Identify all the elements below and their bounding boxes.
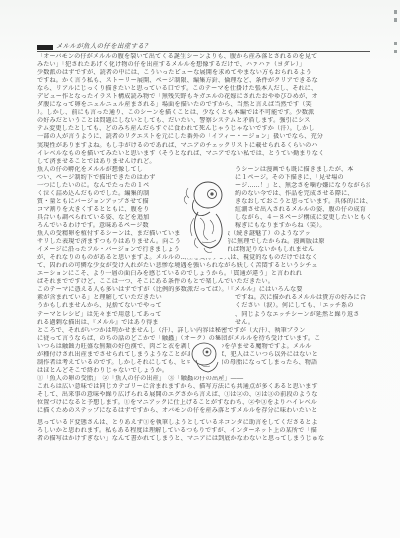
fetus-creature-illustration-large: [180, 178, 228, 258]
wrap-line: れる過剰な描出は、『メルル』ではあり得ません。: [37, 319, 370, 327]
wrap-line: テーマとレシピ」は先々まで用意してあって、同じようなエッチシーンが延然と繰り返さ: [37, 311, 370, 319]
wrap-left: 一つにしたいのに。なんでたったの１ペ: [37, 182, 165, 190]
wrap-left: つい、ページ制約下で描出できたのはわず: [37, 174, 165, 182]
text-line: デビュー作となったイラスト構成読み物で「無残矢野もキガエルの花嫁にされたおやゆび…: [37, 93, 370, 101]
wrap-left: コマ割りを大きくするとともに、腹をり: [37, 206, 165, 214]
text-line: なら、リアルにじっくり描きたいと思っている口です。このテーマを仕掛けた張本人だし…: [37, 85, 370, 93]
text-line: そして、出来事の意味や繰り広げられる展開のエグさから言えば、①は②の、②は③の前…: [37, 391, 370, 399]
wrap-right: せん。: [235, 319, 370, 327]
wrap-left: れる過剰な描出は、『メルル』ではあり得ま: [37, 319, 187, 327]
text-line: ）。しかし、前にも言った通り、このシーンを描くことは、少なくとも本編では不可能で…: [37, 109, 370, 117]
wrap-right: ージ……！」と、無念さを噛む嫌になりながら泣: [235, 182, 370, 190]
text-line: ろしいかと思われます。私もある程度は理解しているつもりですが、インターネット上の…: [37, 427, 370, 435]
text-line: 思っているド変態さんは、とりあえず①を執筆しようとしているネコンタに助言をしてく…: [37, 419, 370, 427]
wrap-line: 素が含まれている」と理解していただきたいですね。次に描かれるメルルは貴方の好みに…: [37, 294, 370, 302]
wrap-line: うかもしれませんから、見捨てないでやってください（涙）。何にしても、「エッチ系の: [37, 302, 370, 310]
wrap-left: 魚人の仔の孵化をメルルが想像してし: [37, 166, 165, 174]
section-heading: メルルが魚人の仔を出産する？: [37, 41, 370, 52]
page-edge-mark: [394, 18, 397, 22]
text-line: このテーマに憑える人も多いはずですが（比例的多数派だってば）。「『メルル』にはい…: [37, 286, 370, 294]
wrap-left: 質・量ともにバージョンアップさせて描: [37, 198, 165, 206]
text-line: みたい」「犯されたあげく化け物の仔を出産するメルルを想像するだけで、ハァハァ（ヨ…: [37, 61, 370, 69]
wrap-right: 、同じようなエッチシーンが延然と繰り返さ: [235, 311, 370, 319]
text-line: 実現性がありますよね。もし手がけるのであれば、マニアのチェックリストに載せられる…: [37, 142, 370, 150]
section-title: メルルが魚人の仔を出産する？: [56, 42, 151, 51]
wrap-right: ですね。次に描かれるメルルは貴方の好みに合: [235, 294, 370, 302]
text-line: イレベルなものを描いてみたいと思います（そうとなれば、マニアでない私では、とうて…: [37, 150, 370, 158]
fetus-creature-illustration-small: [190, 340, 222, 376]
wrap-line: 魚人の仔の孵化をメルルが想像してしうシーンは漫画でも既に描きましたが、本: [37, 166, 370, 174]
wrap-right: きなおしておこうと思っています。具体的には、: [235, 198, 370, 206]
wrap-left: 素が含まれている」と理解していただきたい: [37, 294, 187, 302]
scanned-page: メルルが魚人の仔を出産する？ 「オーバモンの仔がメルルの腹を裂いて出てくる誕生シ…: [0, 0, 400, 538]
wrap-left: ろんでいるわけです。意味あるページ数: [37, 222, 165, 230]
wrap-left: く泣く詰め込んだものでした。編集的制: [37, 190, 165, 198]
wrap-right: 約のない今では、作品を完成させる際に、: [235, 190, 370, 198]
text-line: ですね。かく言う私も、ストーリー展開、ページ制限、編集方針、倫理など、条件がクリ…: [37, 77, 370, 85]
wrap-right: 稼ぎにもなりますからね（笑）。: [235, 222, 370, 230]
page-edge-mark: [394, 10, 397, 14]
text-line: ダ腹になって卵をニュルニュル産まされる」場面を描いたのですから、当然と言えば当然…: [37, 101, 370, 109]
page-edge-mark: [394, 50, 397, 53]
wrap-right: ください（涙）。何にしても、「エッチ系の: [235, 302, 370, 310]
text-line: の好みだということは問題にしないとしても、だいたい、警察システムと矛盾します。強…: [37, 117, 370, 125]
wrap-left: テーマとレシピ」は先々まで用意してあって: [37, 311, 187, 319]
wrap-right: しながら、４〜８ページ構成に変更したいともく: [235, 214, 370, 222]
text-line: 少数派のはずですが、読者の中には、こういったピューな展開を求めてやまない方もおら…: [37, 69, 370, 77]
text-line: て、囚われの可憐な少女が受け入れがたい悲惨な境遇を強いられながら妖しく苦悶すると…: [37, 262, 370, 270]
text-line: テム変更したとしても、どのみち産んだらすぐに食われて死んじゃうじゃないですか（汗…: [37, 125, 370, 133]
wrap-right: うシーンは漫画でも既に描きましたが、本: [235, 166, 370, 174]
text-line: 位置づけになると予想します。①をマニアックに仕上げることがすなわち、②や③をより…: [37, 399, 370, 407]
heading-bar-marker: [37, 45, 53, 50]
wrap-left: うかもしれませんから、見捨てないでやって: [37, 302, 187, 310]
text-line: 一部の人が言うように、読者のリクエストを元にした番外の「イフィー・ージョン」扱い…: [37, 133, 370, 141]
text-line: エーションにこそ、より一層の面白みを感じているのでしょうから。「貫通が違う」と言…: [37, 270, 370, 278]
wrap-right: 紅潮させ出入されるメルルの姿、腹の仔の成育: [235, 206, 370, 214]
page-edge-mark: [394, 42, 397, 45]
wrap-left: 具合いも調べられている姿、などを追加: [37, 214, 165, 222]
text-line: 「オーバモンの仔がメルルの腹を裂いて出てくる誕生シーンよりも、腹から産み落とされ…: [37, 53, 370, 61]
text-line: ところで、それがいつかは明かせませんし（汗）、詳しい内容は秘密ですが（大汗）、執…: [37, 327, 370, 335]
text-line: ばそれまでですけど、ここは一つ、そこにある条件のもとで楽しんでいただきたい。: [37, 278, 370, 286]
text-line: これらは広い意味では同じカテゴリーに含まれますから、描写方法にも共通点が多くある…: [37, 383, 370, 391]
text-line: 者の描写はかけすぎない」なんて書かれてしまうと、マニアには到底かなわないと思って…: [37, 435, 370, 443]
wrap-right: に１ページ。その下描きに、「見せ場の: [235, 174, 370, 182]
text-line: して済ませることではありませんけれど。: [37, 158, 187, 166]
text-line: ①「魚人の卵の受胎」 ②「魚人の仔の出産」 ③「触蟲の仔の出産」――: [37, 375, 370, 383]
text-line: に描くためのステップになるはずですから、オバモンの仔を産み落とすメルルを存分に味…: [37, 407, 370, 415]
